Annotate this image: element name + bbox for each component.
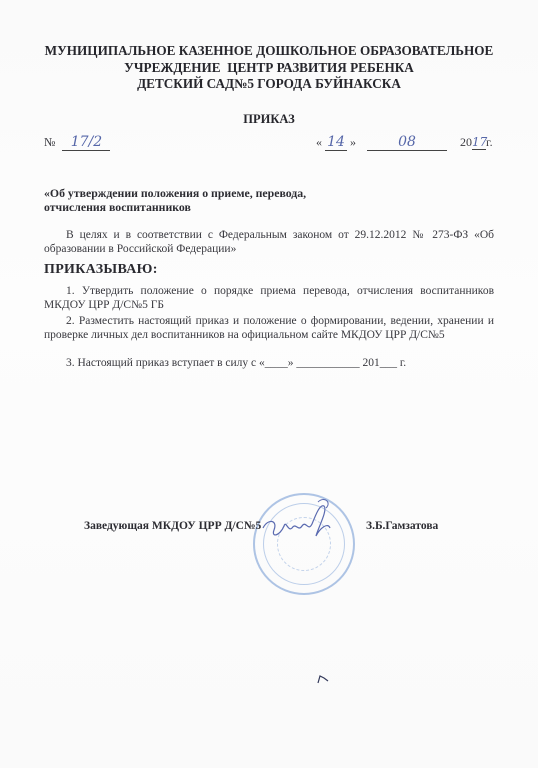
institution-header: МУНИЦИПАЛЬНОЕ КАЗЕННОЕ ДОШКОЛЬНОЕ ОБРАЗО… <box>0 43 538 93</box>
preamble: В целях и в соответствии с Федеральным з… <box>44 228 494 256</box>
ink-mark <box>315 673 335 685</box>
orders-heading: ПРИКАЗЫВАЮ: <box>44 262 158 278</box>
order-subject: «Об утверждении положения о приеме, пере… <box>44 186 306 214</box>
handwritten-signature <box>258 498 338 548</box>
number-value: 17/2 <box>62 134 110 151</box>
date-open-quote: « <box>316 135 322 149</box>
number-label: № <box>44 135 55 149</box>
signer-name: З.Б.Гамзатова <box>366 520 438 532</box>
header-line-1: МУНИЦИПАЛЬНОЕ КАЗЕННОЕ ДОШКОЛЬНОЕ ОБРАЗО… <box>0 43 538 60</box>
header-line-3: ДЕТСКИЙ САД№5 ГОРОДА БУЙНАКСКА <box>0 76 538 93</box>
order-item-1: 1. Утвердить положение о порядке приема … <box>44 284 494 312</box>
header-line-2: УЧРЕЖДЕНИЕ ЦЕНТР РАЗВИТИЯ РЕБЕНКА <box>0 60 538 77</box>
date-year-suffix: 17 <box>472 135 486 150</box>
order-item-3: 3. Настоящий приказ вступает в силу с «_… <box>66 356 486 370</box>
date-year-prefix: 20 <box>460 135 472 149</box>
order-date: « 14 » 08 2017г. <box>316 134 493 151</box>
date-month: 08 <box>367 134 447 151</box>
date-day: 14 <box>325 134 347 151</box>
signer-position: Заведующая МКДОУ ЦРР Д/С№5 <box>84 520 261 532</box>
order-number: № 17/2 <box>44 134 110 151</box>
date-close-quote: » <box>350 135 356 149</box>
subject-line-1: «Об утверждении положения о приеме, пере… <box>44 186 306 200</box>
document-title: ПРИКАЗ <box>0 112 538 127</box>
date-year-unit: г. <box>486 135 493 149</box>
subject-line-2: отчисления воспитанников <box>44 200 306 214</box>
document-page: МУНИЦИПАЛЬНОЕ КАЗЕННОЕ ДОШКОЛЬНОЕ ОБРАЗО… <box>0 0 538 768</box>
order-item-2: 2. Разместить настоящий приказ и положен… <box>44 314 494 342</box>
